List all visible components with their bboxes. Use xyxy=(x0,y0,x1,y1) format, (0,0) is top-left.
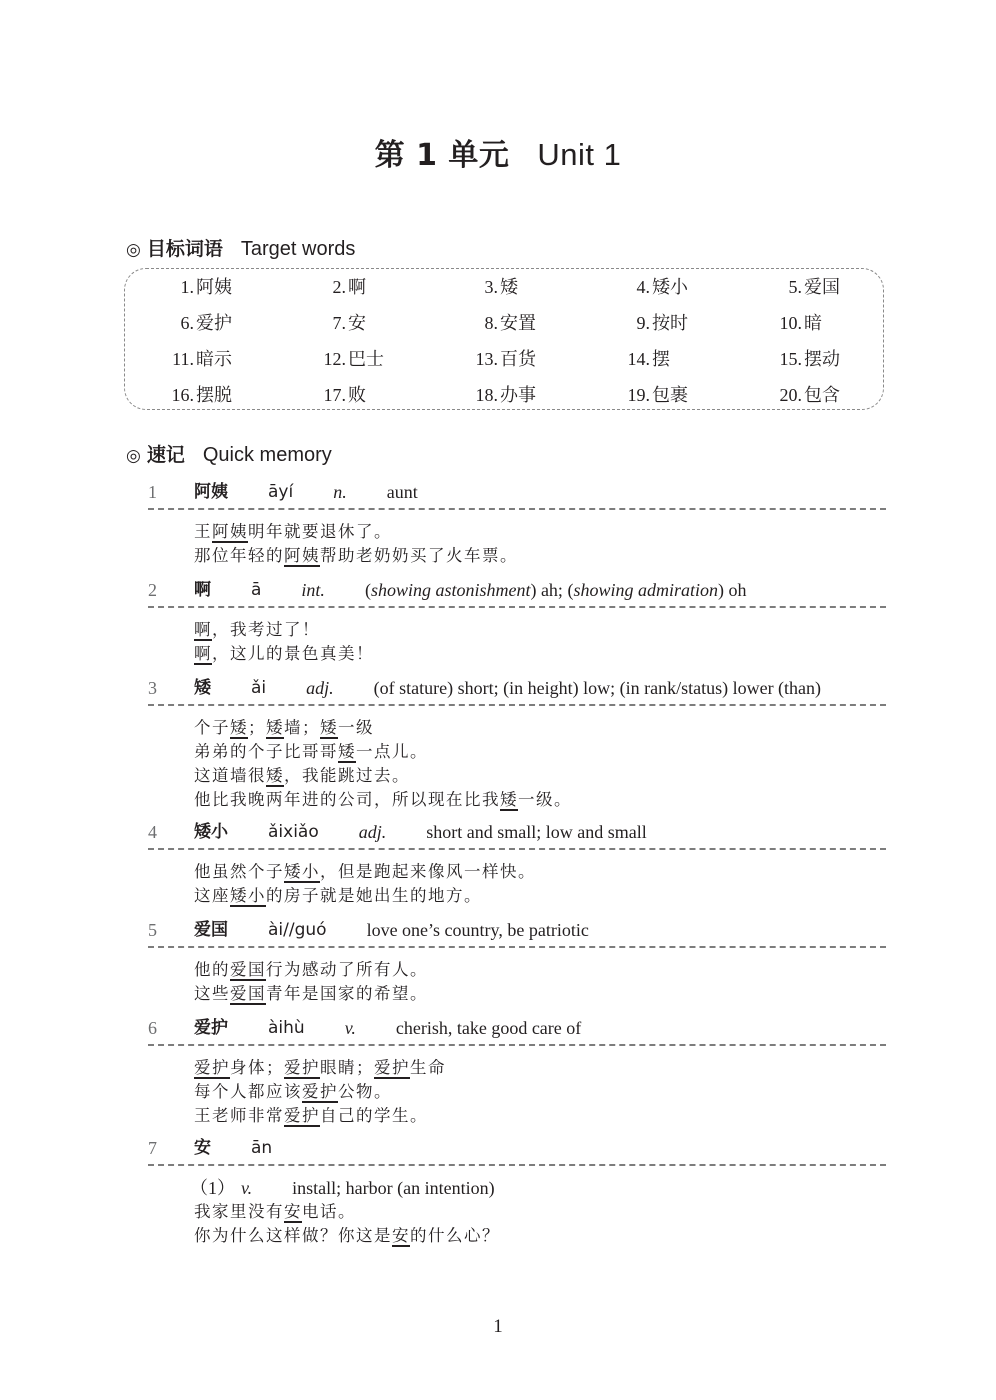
highlighted-word: 矮 xyxy=(338,742,356,761)
entry-examples: 王阿姨明年就要退休了。那位年轻的阿姨帮助老奶奶买了火车票。 xyxy=(194,520,886,568)
target-word-number: 2. xyxy=(278,272,346,302)
target-word: 8.安置 xyxy=(430,308,582,344)
example-sentence: 他的爱国行为感动了所有人。 xyxy=(194,958,886,982)
entry-pos: int. xyxy=(301,578,325,602)
unit-title-zh: 第 1 单元 xyxy=(375,138,510,173)
target-word: 2.啊 xyxy=(278,272,430,308)
target-word: 12.巴士 xyxy=(278,344,430,380)
target-word: 11.暗示 xyxy=(126,344,278,380)
highlighted-word: 啊 xyxy=(194,620,212,639)
dashed-divider xyxy=(148,848,886,850)
example-sentence: 王阿姨明年就要退休了。 xyxy=(194,520,886,544)
target-word-text: 巴士 xyxy=(348,349,384,370)
target-word-text: 矮 xyxy=(500,277,518,298)
example-sentence: 弟弟的个子比哥哥矮一点儿。 xyxy=(194,740,886,764)
example-sentence: 这些爱国青年是国家的希望。 xyxy=(194,982,886,1006)
example-text: 一级 xyxy=(338,718,374,737)
sense-definition: install; harbor (an intention) xyxy=(292,1178,494,1198)
dashed-divider xyxy=(148,946,886,948)
entry-word: 安 xyxy=(194,1136,211,1160)
heading-zh: 速记 xyxy=(147,444,185,466)
entry-word: 阿姨 xyxy=(194,480,228,504)
target-word-text: 爱护 xyxy=(196,313,232,334)
dashed-divider xyxy=(148,606,886,608)
vocab-entry: 2 啊 āint.(showing astonishment) ah; (sho… xyxy=(148,578,886,666)
heading-zh: 目标词语 xyxy=(147,238,223,260)
target-word-text: 暗 xyxy=(804,313,822,334)
example-text: ； xyxy=(248,718,266,737)
target-word: 10.暗 xyxy=(734,308,886,344)
highlighted-word: 矮 xyxy=(320,718,338,737)
sense-label: （1） xyxy=(190,1178,235,1198)
target-word-number: 16. xyxy=(126,380,194,410)
entry-word: 矮 xyxy=(194,676,211,700)
target-word-number: 8. xyxy=(430,308,498,338)
target-word-number: 7. xyxy=(278,308,346,338)
target-word-text: 阿姨 xyxy=(196,277,232,298)
vocab-entry: 1 阿姨 āyín.aunt王阿姨明年就要退休了。那位年轻的阿姨帮助老奶奶买了火… xyxy=(148,480,886,568)
example-text: 个子 xyxy=(194,718,230,737)
entry-header: 4 矮小 ǎixiǎoadj.short and small; low and … xyxy=(148,820,886,844)
target-word-text: 按时 xyxy=(652,313,688,334)
target-word: 19.包裹 xyxy=(582,380,734,416)
entry-header: 7 安 ān xyxy=(148,1136,886,1160)
highlighted-word: 矮 xyxy=(500,790,518,809)
target-word-number: 10. xyxy=(734,308,802,338)
definition-italic: showing astonishment xyxy=(371,580,531,600)
highlighted-word: 爱护 xyxy=(194,1058,230,1077)
vocab-entry: 7 安 ān （1）v.install; harbor (an intentio… xyxy=(148,1136,886,1248)
target-word-text: 摆 xyxy=(652,349,670,370)
example-text: 他比我晚两年进的公司，所以现在比我 xyxy=(194,790,500,809)
example-text: 他虽然个子 xyxy=(194,862,284,881)
entry-definition: aunt xyxy=(387,480,418,504)
target-word-text: 啊 xyxy=(348,277,366,298)
example-text: 生命 xyxy=(410,1058,446,1077)
example-text: 王老师非常 xyxy=(194,1106,284,1125)
highlighted-word: 矮小 xyxy=(284,862,320,881)
example-sentence: 你为什么这样做？你这是安的什么心？ xyxy=(194,1224,886,1248)
highlighted-word: 爱护 xyxy=(302,1082,338,1101)
example-sentence: 个子矮；矮墙；矮一级 xyxy=(194,716,886,740)
target-word-text: 百货 xyxy=(500,349,536,370)
entry-pinyin: ǎixiǎo xyxy=(268,820,319,844)
example-text: 的什么心？ xyxy=(410,1226,500,1245)
dashed-divider xyxy=(148,508,886,510)
target-word: 17.败 xyxy=(278,380,430,416)
example-text: 你为什么这样做？你这是 xyxy=(194,1226,392,1245)
target-word-number: 20. xyxy=(734,380,802,410)
example-text: 帮助老奶奶买了火车票。 xyxy=(320,546,518,565)
target-word: 9.按时 xyxy=(582,308,734,344)
definition-text: ) ah; ( xyxy=(530,580,573,600)
target-word-number: 3. xyxy=(430,272,498,302)
example-sentence: 我家里没有安电话。 xyxy=(194,1200,886,1224)
target-word-text: 办事 xyxy=(500,385,536,406)
example-text: 一点儿。 xyxy=(356,742,428,761)
target-word: 13.百货 xyxy=(430,344,582,380)
example-text: 一级。 xyxy=(518,790,572,809)
entry-examples: 个子矮；矮墙；矮一级弟弟的个子比哥哥矮一点儿。这道墙很矮，我能跳过去。他比我晚两… xyxy=(194,716,886,812)
highlighted-word: 阿姨 xyxy=(212,522,248,541)
example-text: 我家里没有 xyxy=(194,1202,284,1221)
entry-pinyin: ā xyxy=(251,578,261,602)
sense-pos: v. xyxy=(241,1178,252,1198)
target-word-text: 败 xyxy=(348,385,366,406)
example-sentence: 这道墙很矮，我能跳过去。 xyxy=(194,764,886,788)
vocab-entry: 3 矮 ǎiadj.(of stature) short; (in height… xyxy=(148,676,886,812)
example-text: 这道墙很 xyxy=(194,766,266,785)
entry-number: 2 xyxy=(148,578,194,602)
example-text: 青年是国家的希望。 xyxy=(266,984,428,1003)
example-text: 眼睛； xyxy=(320,1058,374,1077)
example-sentence: 那位年轻的阿姨帮助老奶奶买了火车票。 xyxy=(194,544,886,568)
entry-header: 5 爱国 ài//guólove one’s country, be patri… xyxy=(148,918,886,942)
vocab-entry: 4 矮小 ǎixiǎoadj.short and small; low and … xyxy=(148,820,886,908)
example-text: 这座 xyxy=(194,886,230,905)
highlighted-word: 安 xyxy=(284,1202,302,1221)
target-words-row: 6.爱护7.安8.安置9.按时10.暗 xyxy=(126,308,886,344)
entry-number: 7 xyxy=(148,1136,194,1160)
target-word: 4.矮小 xyxy=(582,272,734,308)
target-word-text: 暗示 xyxy=(196,349,232,370)
target-word-number: 13. xyxy=(430,344,498,374)
entry-definition: short and small; low and small xyxy=(426,820,646,844)
example-text: ，这儿的景色真美！ xyxy=(212,644,374,663)
target-word-number: 19. xyxy=(582,380,650,410)
target-word-number: 9. xyxy=(582,308,650,338)
entry-definition: cherish, take good care of xyxy=(396,1016,581,1040)
example-text: 身体； xyxy=(230,1058,284,1077)
example-text: 王 xyxy=(194,522,212,541)
target-word: 1.阿姨 xyxy=(126,272,278,308)
example-text: 墙； xyxy=(284,718,320,737)
entry-definition: (of stature) short; (in height) low; (in… xyxy=(374,676,821,700)
entry-sense: （1）v.install; harbor (an intention) xyxy=(190,1176,886,1200)
highlighted-word: 矮 xyxy=(230,718,248,737)
target-word-number: 17. xyxy=(278,380,346,410)
entry-word: 啊 xyxy=(194,578,211,602)
highlighted-word: 爱国 xyxy=(230,960,266,979)
entry-pinyin: àihù xyxy=(268,1016,305,1040)
example-sentence: 这座矮小的房子就是她出生的地方。 xyxy=(194,884,886,908)
entry-number: 5 xyxy=(148,918,194,942)
entry-pinyin: ān xyxy=(251,1136,272,1160)
entry-pos: adj. xyxy=(306,676,334,700)
entry-number: 1 xyxy=(148,480,194,504)
example-text: 这些 xyxy=(194,984,230,1003)
example-text: 那位年轻的 xyxy=(194,546,284,565)
dashed-divider xyxy=(148,704,886,706)
target-words-grid: 1.阿姨2.啊3.矮4.矮小5.爱国6.爱护7.安8.安置9.按时10.暗11.… xyxy=(126,272,886,416)
entry-examples: 我家里没有安电话。你为什么这样做？你这是安的什么心？ xyxy=(194,1200,886,1248)
entry-number: 6 xyxy=(148,1016,194,1040)
example-sentence: 他比我晚两年进的公司，所以现在比我矮一级。 xyxy=(194,788,886,812)
target-word-text: 爱国 xyxy=(804,277,840,298)
highlighted-word: 阿姨 xyxy=(284,546,320,565)
target-word-number: 5. xyxy=(734,272,802,302)
target-words-row: 16.摆脱17.败18.办事19.包裹20.包含 xyxy=(126,380,886,416)
target-word-text: 包含 xyxy=(804,385,840,406)
entry-pos: v. xyxy=(345,1016,356,1040)
target-word: 15.摆动 xyxy=(734,344,886,380)
entry-pinyin: ǎi xyxy=(251,676,266,700)
target-word: 3.矮 xyxy=(430,272,582,308)
highlighted-word: 矮 xyxy=(266,718,284,737)
target-word-text: 安置 xyxy=(500,313,536,334)
entry-header: 2 啊 āint.(showing astonishment) ah; (sho… xyxy=(148,578,886,602)
entry-word: 爱国 xyxy=(194,918,228,942)
target-word: 20.包含 xyxy=(734,380,886,416)
target-words-row: 1.阿姨2.啊3.矮4.矮小5.爱国 xyxy=(126,272,886,308)
quick-memory-heading: ◎速记Quick memory xyxy=(126,440,332,467)
highlighted-word: 爱护 xyxy=(284,1058,320,1077)
entry-examples: 他的爱国行为感动了所有人。这些爱国青年是国家的希望。 xyxy=(194,958,886,1006)
entry-word: 爱护 xyxy=(194,1016,228,1040)
example-sentence: 他虽然个子矮小，但是跑起来像风一样快。 xyxy=(194,860,886,884)
entry-definition: love one’s country, be patriotic xyxy=(367,918,589,942)
definition-text: ) oh xyxy=(718,580,747,600)
dashed-divider xyxy=(148,1044,886,1046)
highlighted-word: 矮 xyxy=(266,766,284,785)
entry-examples: 他虽然个子矮小，但是跑起来像风一样快。这座矮小的房子就是她出生的地方。 xyxy=(194,860,886,908)
entry-definition: (showing astonishment) ah; (showing admi… xyxy=(365,578,747,602)
example-text: 自己的学生。 xyxy=(320,1106,428,1125)
entry-pinyin: āyí xyxy=(268,480,293,504)
target-word-number: 12. xyxy=(278,344,346,374)
example-text: 行为感动了所有人。 xyxy=(266,960,428,979)
target-word: 6.爱护 xyxy=(126,308,278,344)
entry-number: 4 xyxy=(148,820,194,844)
vocab-entry: 6 爱护 àihùv.cherish, take good care of爱护身… xyxy=(148,1016,886,1128)
target-word: 5.爱国 xyxy=(734,272,886,308)
entry-examples: 啊，我考过了！啊，这儿的景色真美！ xyxy=(194,618,886,666)
example-text: 明年就要退休了。 xyxy=(248,522,392,541)
highlighted-word: 爱护 xyxy=(374,1058,410,1077)
unit-title-en: Unit 1 xyxy=(537,137,621,172)
example-text: 每个人都应该 xyxy=(194,1082,302,1101)
entry-header: 1 阿姨 āyín.aunt xyxy=(148,480,886,504)
target-word-text: 包裹 xyxy=(652,385,688,406)
page-number: 1 xyxy=(0,1316,996,1338)
example-text: 弟弟的个子比哥哥 xyxy=(194,742,338,761)
target-word-number: 15. xyxy=(734,344,802,374)
target-word-number: 11. xyxy=(126,344,194,374)
example-text: ，我能跳过去。 xyxy=(284,766,410,785)
dashed-divider xyxy=(148,1164,886,1166)
entry-header: 6 爱护 àihùv.cherish, take good care of xyxy=(148,1016,886,1040)
entry-header: 3 矮 ǎiadj.(of stature) short; (in height… xyxy=(148,676,886,700)
definition-italic: showing admiration xyxy=(573,580,718,600)
target-word-text: 矮小 xyxy=(652,277,688,298)
example-text: 他的 xyxy=(194,960,230,979)
example-text: ，但是跑起来像风一样快。 xyxy=(320,862,536,881)
entry-pos: adj. xyxy=(359,820,387,844)
highlighted-word: 啊 xyxy=(194,644,212,663)
target-words-heading: ◎目标词语Target words xyxy=(126,234,355,261)
highlighted-word: 矮小 xyxy=(230,886,266,905)
example-text: 的房子就是她出生的地方。 xyxy=(266,886,482,905)
unit-title: 第 1 单元Unit 1 xyxy=(0,130,996,174)
target-word: 14.摆 xyxy=(582,344,734,380)
target-word-number: 6. xyxy=(126,308,194,338)
example-sentence: 啊，我考过了！ xyxy=(194,618,886,642)
highlighted-word: 爱护 xyxy=(284,1106,320,1125)
entry-pinyin: ài//guó xyxy=(268,918,327,942)
target-word-text: 摆脱 xyxy=(196,385,232,406)
double-circle-icon: ◎ xyxy=(126,240,141,260)
highlighted-word: 爱国 xyxy=(230,984,266,1003)
example-sentence: 爱护身体；爱护眼睛；爱护生命 xyxy=(194,1056,886,1080)
entry-word: 矮小 xyxy=(194,820,228,844)
example-text: 公物。 xyxy=(338,1082,392,1101)
vocab-entry: 5 爱国 ài//guólove one’s country, be patri… xyxy=(148,918,886,1006)
target-words-row: 11.暗示12.巴士13.百货14.摆15.摆动 xyxy=(126,344,886,380)
target-word-text: 安 xyxy=(348,313,366,334)
entry-examples: 爱护身体；爱护眼睛；爱护生命每个人都应该爱护公物。王老师非常爱护自己的学生。 xyxy=(194,1056,886,1128)
entry-number: 3 xyxy=(148,676,194,700)
example-sentence: 啊，这儿的景色真美！ xyxy=(194,642,886,666)
target-word-number: 18. xyxy=(430,380,498,410)
target-word-number: 1. xyxy=(126,272,194,302)
target-word: 16.摆脱 xyxy=(126,380,278,416)
example-sentence: 每个人都应该爱护公物。 xyxy=(194,1080,886,1104)
example-text: ，我考过了！ xyxy=(212,620,320,639)
target-word-number: 14. xyxy=(582,344,650,374)
target-word-text: 摆动 xyxy=(804,349,840,370)
heading-en: Quick memory xyxy=(203,444,332,466)
example-text: 电话。 xyxy=(302,1202,356,1221)
target-word-number: 4. xyxy=(582,272,650,302)
double-circle-icon: ◎ xyxy=(126,446,141,466)
target-word: 18.办事 xyxy=(430,380,582,416)
heading-en: Target words xyxy=(241,238,356,260)
entry-pos: n. xyxy=(333,480,347,504)
example-sentence: 王老师非常爱护自己的学生。 xyxy=(194,1104,886,1128)
target-word: 7.安 xyxy=(278,308,430,344)
highlighted-word: 安 xyxy=(392,1226,410,1245)
